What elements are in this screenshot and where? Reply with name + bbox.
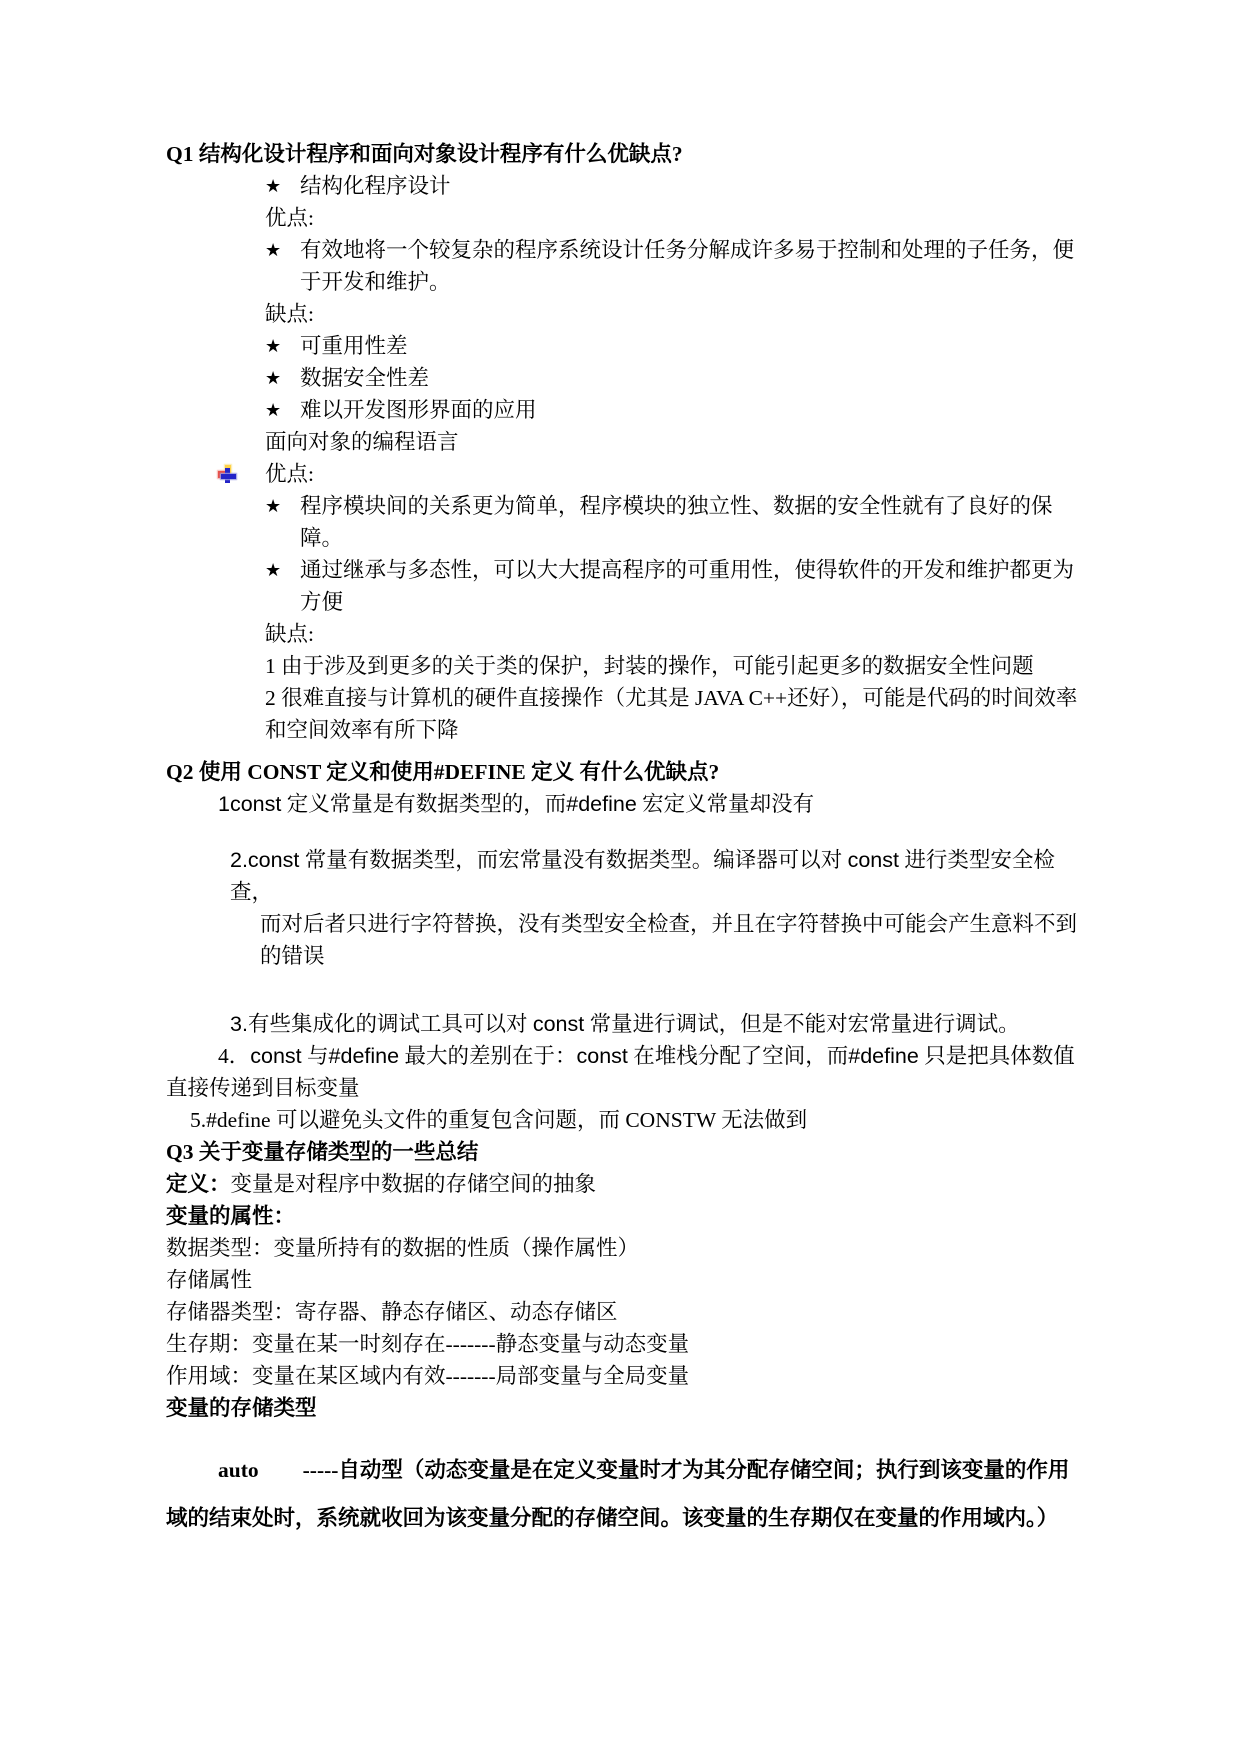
q3-definition: 定义：变量是对程序中数据的存储空间的抽象 (166, 1168, 1078, 1200)
star-bullet-icon: ★ (265, 234, 281, 266)
q3-line: 存储属性 (166, 1264, 1078, 1296)
star-bullet-icon: ★ (265, 490, 281, 522)
list-item: ★ 难以开发图形界面的应用 (166, 394, 1078, 426)
q2-item-2-line2: 而对后者只进行字符替换，没有类型安全检查，并且在字符替换中可能会产生意料不到的错… (166, 908, 1078, 972)
star-bullet-icon: ★ (265, 330, 281, 362)
q3-line: 数据类型：变量所持有的数据的性质（操作属性） (166, 1232, 1078, 1264)
text-segment: 在堆栈分配了空间，而 (628, 1044, 848, 1068)
list-item-text: 可重用性差 (300, 334, 408, 358)
text-segment: 常量进行调试，但是不能对宏常量进行调试。 (584, 1012, 1019, 1036)
list-item: ★ 数据安全性差 (166, 362, 1078, 394)
star-bullet-icon: ★ (265, 394, 281, 426)
code-term: const (576, 1044, 627, 1068)
star-bullet-icon: ★ (265, 554, 281, 586)
q3-line: 作用域：变量在某区域内有效-------局部变量与全局变量 (166, 1360, 1078, 1392)
code-term: const (533, 1012, 584, 1036)
document-page: Q1 结构化设计程序和面向对象设计程序有什么优缺点? ★ 结构化程序设计 优点:… (0, 0, 1241, 1754)
star-bullet-icon: ★ (265, 170, 281, 202)
text-segment: 定义常量是有数据类型的，而 (281, 792, 566, 816)
auto-keyword: auto (218, 1458, 259, 1482)
q3-attr-label: 变量的属性： (166, 1200, 1078, 1232)
q1-oop-title: 面向对象的编程语言 (166, 426, 1078, 458)
text-segment: 常量有数据类型，而宏常量没有数据类型。编译器可以对 (299, 848, 847, 872)
word-plus-bullet-icon (218, 465, 237, 484)
q1-cons-label: 缺点: (166, 298, 1078, 330)
q1-oop-cons-label: 缺点: (166, 618, 1078, 650)
q2-item-3: 3.有些集成化的调试工具可以对 const 常量进行调试，但是不能对宏常量进行调… (166, 1008, 1078, 1040)
definition-label: 定义： (166, 1172, 231, 1196)
code-term: const (848, 848, 899, 872)
q2-heading: Q2 使用 CONST 定义和使用#DEFINE 定义 有什么优缺点? (166, 756, 1078, 788)
q2-item-4: 4．const 与#define 最大的差别在于：const 在堆栈分配了空间，… (166, 1040, 1078, 1104)
q3-line: 存储器类型：寄存器、静态存储区、动态存储区 (166, 1296, 1078, 1328)
q3-storage-label: 变量的存储类型 (166, 1392, 1078, 1424)
star-bullet-icon: ★ (265, 362, 281, 394)
list-item-text: 数据安全性差 (300, 366, 429, 390)
q1-oop-pros-label: 优点: (265, 462, 314, 486)
text-segment: 最大的差别在于： (399, 1044, 576, 1068)
list-item-text: 程序模块间的关系更为简单，程序模块的独立性、数据的安全性就有了良好的保障。 (300, 494, 1053, 550)
list-item-text: 难以开发图形界面的应用 (300, 398, 537, 422)
list-item: ★ 通过继承与多态性，可以大大提高程序的可重用性，使得软件的开发和维护都更为方便 (166, 554, 1078, 618)
auto-text: -----自动型（动态变量是在定义变量时才为其分配存储空间；执行到该变量的作用域… (166, 1458, 1069, 1530)
text-segment: 4． (218, 1044, 250, 1068)
q2-item-1: 1const 定义常量是有数据类型的，而#define 宏定义常量却没有 (166, 788, 1078, 820)
text-segment: 与 (302, 1044, 329, 1068)
list-item: ★ 程序模块间的关系更为简单，程序模块的独立性、数据的安全性就有了良好的保障。 (166, 490, 1078, 554)
list-item: 优点: (166, 458, 1078, 490)
code-term: 1const (218, 792, 281, 816)
list-item: ★ 结构化程序设计 (166, 170, 1078, 202)
numbered-item: 1 由于涉及到更多的关于类的保护，封装的操作，可能引起更多的数据安全性问题 (166, 650, 1078, 682)
list-item: ★ 可重用性差 (166, 330, 1078, 362)
text-segment: 宏定义常量却没有 (637, 792, 814, 816)
list-item-text: 通过继承与多态性，可以大大提高程序的可重用性，使得软件的开发和维护都更为方便 (300, 558, 1074, 614)
q3-auto-paragraph: auto-----自动型（动态变量是在定义变量时才为其分配存储空间；执行到该变量… (166, 1446, 1078, 1542)
q3-heading: Q3 关于变量存储类型的一些总结 (166, 1136, 1078, 1168)
definition-text: 变量是对程序中数据的存储空间的抽象 (231, 1172, 597, 1196)
numbered-item: 2 很难直接与计算机的硬件直接操作（尤其是 JAVA C++还好），可能是代码的… (166, 682, 1078, 746)
q2-item-2-line1: 2.const 常量有数据类型，而宏常量没有数据类型。编译器可以对 const … (166, 844, 1078, 908)
q3-line: 生存期：变量在某一时刻存在-------静态变量与动态变量 (166, 1328, 1078, 1360)
q1-pros-label: 优点: (166, 202, 1078, 234)
list-item-text: 结构化程序设计 (300, 174, 451, 198)
code-term: 2.const (230, 848, 299, 872)
code-term: 3. (230, 1012, 248, 1036)
code-term: const (250, 1044, 301, 1068)
code-term: #define (329, 1044, 400, 1068)
code-term: #define (566, 792, 637, 816)
q1-heading: Q1 结构化设计程序和面向对象设计程序有什么优缺点? (166, 138, 1078, 170)
list-item: ★ 有效地将一个较复杂的程序系统设计任务分解成许多易于控制和处理的子任务，便于开… (166, 234, 1078, 298)
code-term: #define (848, 1044, 919, 1068)
q2-item-5: 5.#define 可以避免头文件的重复包含问题，而 CONSTW 无法做到 (166, 1104, 1078, 1136)
list-item-text: 有效地将一个较复杂的程序系统设计任务分解成许多易于控制和处理的子任务，便于开发和… (300, 238, 1074, 294)
text-segment: 有些集成化的调试工具可以对 (248, 1012, 533, 1036)
